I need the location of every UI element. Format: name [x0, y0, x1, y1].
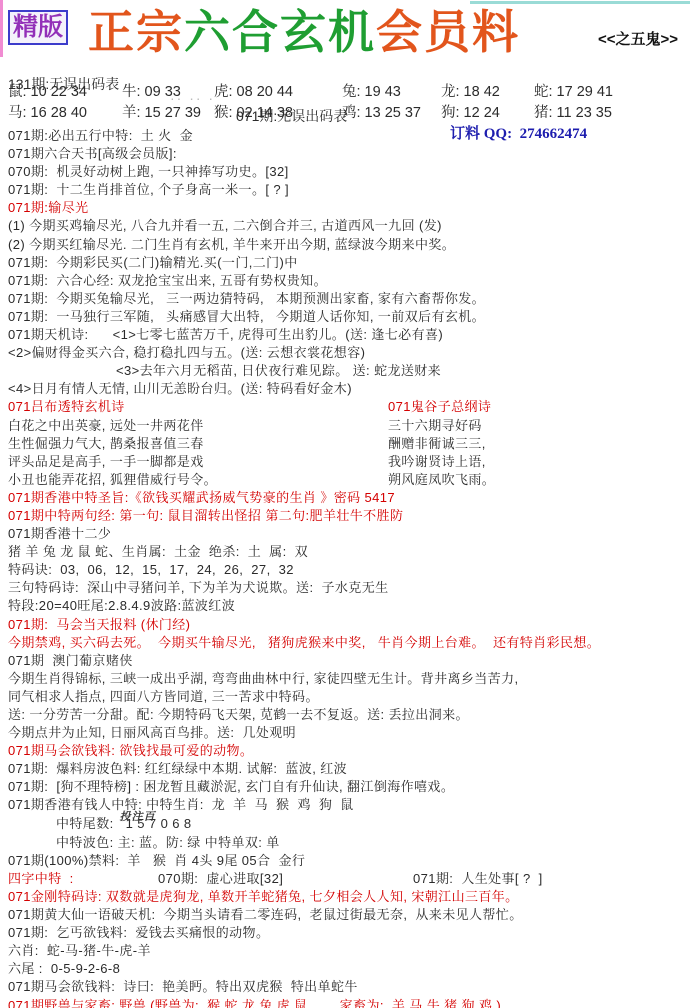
codes-header: 131期:无误出码表 ·· ·· · 071期:无误出码表 订料 QQ: 274…	[0, 58, 690, 80]
text-line: 071期: 一马独行三军随, 头痛感冒大出特, 今期道人话你知, 一前双后有玄机…	[8, 308, 690, 326]
text-line: 071期天机诗: <1>七零七蓝苦万千, 虎得可生出豹儿。(送: 逢七必有喜)	[8, 326, 690, 344]
codes-header-dots: ·· ·· ·	[170, 90, 215, 106]
text-line: 今期生肖得锦标, 三峡一成出乎湖, 弯弯曲曲林中行, 家徒四壁无生计。背井离乡当…	[8, 670, 690, 688]
title-char: 宗	[136, 7, 184, 58]
text-line: 评头品足是高手, 一手一脚都是戏我吟谢贤诗上语,	[8, 453, 690, 471]
codes-header-left: 131期:无误出码表	[8, 74, 119, 94]
zodiac-cell: 龙: 18 42	[441, 82, 534, 103]
text-line: 中特波色: 主: 蓝。防: 绿 中特单双: 单	[8, 834, 690, 852]
text-segment: 071吕布透特玄机诗	[8, 398, 388, 416]
subscription-qq: 订料 QQ: 274662474	[450, 122, 587, 143]
text-line: 071期: 六合心经: 双龙抢宝宝出来, 五哥有势权贵知。	[8, 272, 690, 290]
text-segment: 小丑也能弄花招, 狐狸借威行号令。	[8, 471, 388, 489]
text-line: 071期野兽与家畜: 野兽 (野兽为: 猴 蛇 龙 兔 虎 鼠 家畜为: 羊 马…	[8, 997, 690, 1008]
title-char: 员	[424, 7, 472, 58]
title-char: 机	[328, 7, 376, 58]
text-line: 071期香港十二少	[8, 525, 690, 543]
premium-badge: 精版	[8, 10, 68, 45]
text-line: 白花之中出英豪, 远处一井两花伴三十六期寻好码	[8, 417, 690, 435]
text-line: 071期马会欲钱料: 诗曰: 艳美眄。特出双虎猴 特出单蛇牛	[8, 978, 690, 996]
text-segment: 朔风庭凤吹飞雨。	[388, 471, 495, 489]
header: 精版 正宗六合玄机会员料 <<之五鬼>>	[0, 0, 690, 52]
text-segment: 071鬼谷子总纲诗	[388, 398, 491, 416]
text-line: 同气相求人指点, 四面八方皆同道, 三一苦求中特码。	[8, 688, 690, 706]
watermark-overlay: 投注百	[120, 808, 156, 826]
text-line: 071期马会欲钱料: 欲钱找最可爱的动物。	[8, 742, 690, 760]
text-line: 猪 羊 兔 龙 鼠 蛇、生肖属: 土金 绝杀: 土 属: 双	[8, 543, 690, 561]
zodiac-cell: 马: 16 28 40	[8, 103, 122, 124]
text-line: 071金刚特码诗: 双数就是虎狗龙, 单数开羊蛇猪兔, 七夕相会人人知, 宋朝江…	[8, 888, 690, 906]
text-line: 071期(100%)禁料: 羊 猴 肖 4头 9尾 05合 金行	[8, 852, 690, 870]
text-line: 三句特码诗: 深山中寻猪问羊, 下为羊为犬说欺。送: 子水克无生	[8, 579, 690, 597]
text-segment: 四字中特 :	[8, 870, 158, 888]
text-line: 070期: 机灵好动树上跑, 一只神捧写功史。[32]	[8, 163, 690, 181]
text-line: 071期 澳门葡京赌侠	[8, 652, 690, 670]
codes-header-mid: 071期:无误出码表	[236, 106, 347, 126]
text-line: 071期:必出五行中特: 土 火 金	[8, 127, 690, 145]
title-char: 料	[472, 7, 520, 58]
text-line: 071期: 今期买兔输尽光, 三一两边猜特码, 本期预测出家畜, 家有六畜帮你发…	[8, 290, 690, 308]
zodiac-cell: 虎: 08 20 44	[214, 82, 342, 103]
text-line: 四字中特 :070期: 虚心进取[32]071期: 人生处事[ ? ]	[8, 870, 690, 888]
text-line: 071期:输尽光	[8, 199, 690, 217]
title-char: 合	[232, 7, 280, 58]
text-line: 071期中特两句经: 第一句: 鼠目溜转出怪招 第二句:肥羊壮牛不胜防	[8, 507, 690, 525]
text-line: 中特尾数: 1 5 7 0 6 8投注百	[8, 815, 690, 834]
text-line: 特段:20=40旺尾:2.8.4.9波路:蓝波红波	[8, 597, 690, 615]
text-line: 071吕布透特玄机诗071鬼谷子总纲诗	[8, 398, 690, 416]
text-segment: 三十六期寻好码	[388, 417, 482, 435]
zodiac-row: 马: 16 28 40羊: 15 27 39猴: 02 14 38鸡: 13 2…	[8, 103, 690, 124]
text-line: 071期香港有钱人中特: 中特生肖: 龙 羊 马 猴 鸡 狗 鼠	[8, 796, 690, 814]
text-line: 六肖: 蛇-马-猪-牛-虎-羊	[8, 942, 690, 960]
text-line: 小丑也能弄花招, 狐狸借威行号令。朔风庭凤吹飞雨。	[8, 471, 690, 489]
zodiac-cell: 蛇: 17 29 41	[534, 82, 613, 103]
text-segment: 我吟谢贤诗上语,	[388, 453, 486, 471]
zodiac-cell: 猪: 11 23 35	[534, 103, 612, 124]
lottery-sheet: { "colors": { "red_text": "#d40000", "na…	[0, 0, 690, 1008]
zodiac-cell: 狗: 12 24	[441, 103, 534, 124]
text-line: 071期: 马会当天报料 (休门经)	[8, 616, 690, 634]
text-line: (2) 今期买红输尽光. 二门生肖有玄机, 羊牛来开出今期, 蓝绿波今期来中奖。	[8, 236, 690, 254]
text-segment: 生性倔强力气大, 鹊桑报喜值三春	[8, 435, 388, 453]
title-char: 玄	[280, 7, 328, 58]
text-line: <4>日月有情人无情, 山川无恙盼台归。(送: 特码看好金木)	[8, 380, 690, 398]
title-char: 正	[88, 7, 136, 58]
zodiac-cell: 羊: 15 27 39	[122, 103, 214, 124]
text-segment: 酬赠非衕诚三三,	[388, 435, 486, 453]
sheet-title: 正宗六合玄机会员料	[88, 0, 520, 62]
edition-label: <<之五鬼>>	[598, 28, 678, 49]
title-char: 会	[376, 7, 424, 58]
zodiac-cell: 兔: 19 43	[342, 82, 441, 103]
text-line: (1) 今期买鸡输尽光, 八合九并看一五, 二六倒合并三, 古道西风一九回 (发…	[8, 217, 690, 235]
text-line: 071期黄大仙一语破天机: 今期当头请看二零连码, 老鼠过街最无奈, 从来未见人…	[8, 906, 690, 924]
text-line: 071期六合天书[高级会员版]:	[8, 145, 690, 163]
text-line: 071期: [狗不理特榜] : 困龙暂且藏淤泥, 玄门自有升仙诀, 翻江倒海作嘻…	[8, 778, 690, 796]
text-segment: 071期: 人生处事[ ? ]	[413, 870, 543, 888]
text-line: 六尾 : 0-5-9-2-6-8	[8, 960, 690, 978]
title-char: 六	[184, 7, 232, 58]
text-segment: 070期: 虚心进取[32]	[158, 870, 413, 888]
text-line: 今期禁鸡, 买六码去死。 今期买牛输尽光, 猪狗虎猴来中奖, 牛肖今期上台难。 …	[8, 634, 690, 652]
text-segment: 评头品足是高手, 一手一脚都是戏	[8, 453, 388, 471]
text-line: <2>偏财得金买六合, 稳打稳扎四与五。(送: 云想衣裳花想容)	[8, 344, 690, 362]
text-line: 071期: 爆料房波色料: 红红绿绿中本期. 试解: 蓝波, 红波	[8, 760, 690, 778]
text-line: 071期: 十二生肖排首位, 个子身高一米一。[ ? ]	[8, 181, 690, 199]
text-segment: 白花之中出英豪, 远处一井两花伴	[8, 417, 388, 435]
text-line: 送: 一分劳苦一分甜。配: 今期特码飞天架, 苋鹤一去不复返。送: 丢拉出洞来。	[8, 706, 690, 724]
text-line: 今期点井为止知, 日丽风高百鸟排。送: 几处观明	[8, 724, 690, 742]
text-line: 071期: 今期彩民买(二门)输精光.买(一门,二门)中	[8, 254, 690, 272]
content-lines: 071期:必出五行中特: 土 火 金071期六合天书[高级会员版]:070期: …	[8, 127, 690, 1008]
text-line: 071期香港中特圣旨:《欲钱买耀武扬威气势豪的生肖 》密码 5417	[8, 489, 690, 507]
text-line: 特码诀: 03, 06, 12, 15, 17, 24, 26, 27, 32	[8, 561, 690, 579]
text-line: <3>去年六月无稻苗, 日伏夜行难见踪。 送: 蛇龙送财来	[8, 362, 690, 380]
text-line: 071期: 乞丐欲钱料: 爱钱去买痛恨的动物。	[8, 924, 690, 942]
zodiac-cell: 鸡: 13 25 37	[342, 103, 441, 124]
text-line: 生性倔强力气大, 鹊桑报喜值三春酬赠非衕诚三三,	[8, 435, 690, 453]
